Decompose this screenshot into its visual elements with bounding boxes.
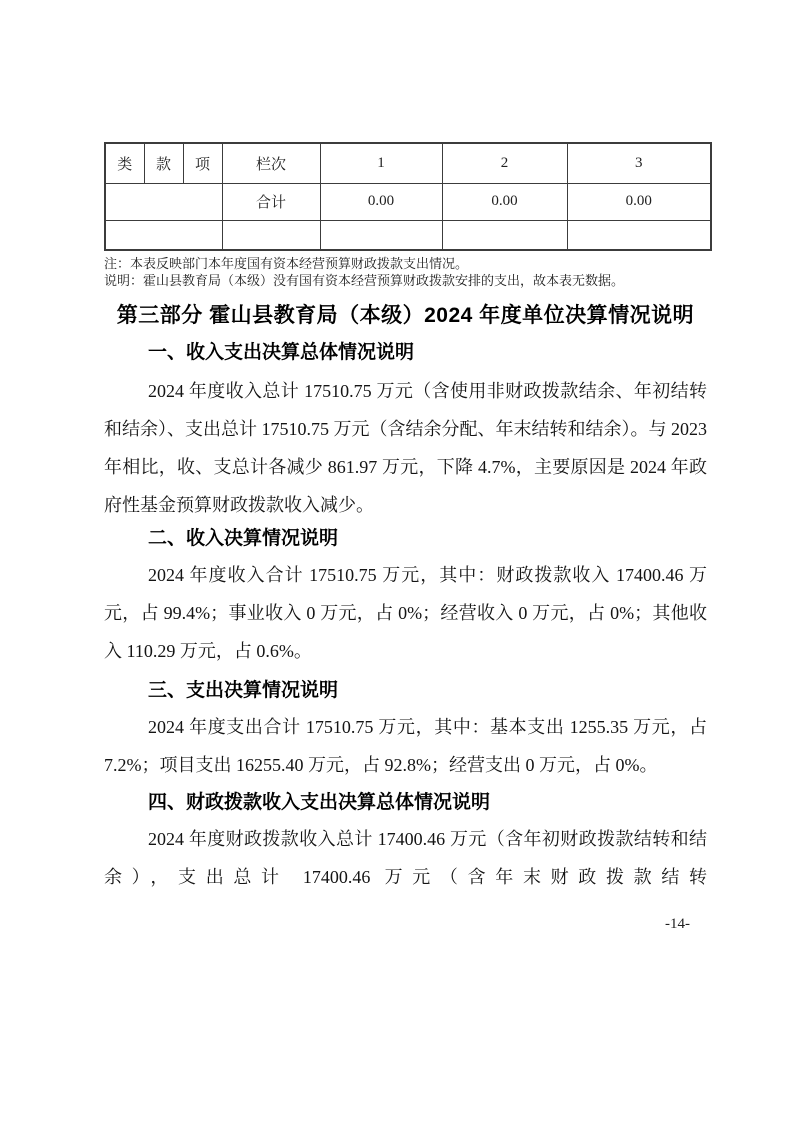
header-cell-3: 3 xyxy=(567,143,711,183)
section-3-paragraph: 2024 年度支出合计 17510.75 万元，其中：基本支出 1255.35 … xyxy=(104,708,707,784)
section-4-title: 四、财政拨款收入支出决算总体情况说明 xyxy=(104,790,707,815)
total-row-value-2: 0.00 xyxy=(442,183,567,220)
header-cell-2: 2 xyxy=(442,143,567,183)
table-explanation: 说明：霍山县教育局（本级）没有国有资本经营预算财政拨款安排的支出，故本表无数据。 xyxy=(104,273,707,290)
empty-row-label-cell xyxy=(222,220,320,250)
empty-row-value-3 xyxy=(567,220,711,250)
total-row-code-cell xyxy=(105,183,222,220)
empty-row-value-1 xyxy=(320,220,442,250)
table-row-total: 合计 0.00 0.00 0.00 xyxy=(105,183,711,220)
section-2-title: 二、收入决算情况说明 xyxy=(104,526,707,551)
empty-row-code-cell xyxy=(105,220,222,250)
header-cell-class: 类 xyxy=(105,143,144,183)
header-cell-section: 款 xyxy=(144,143,183,183)
table-notes: 注：本表反映部门本年度国有资本经营预算财政拨款支出情况。 说明：霍山县教育局（本… xyxy=(104,256,707,289)
total-row-value-1: 0.00 xyxy=(320,183,442,220)
state-capital-budget-table: 类 款 项 栏次 1 2 3 合计 0.00 0.00 0.00 xyxy=(104,142,712,251)
section-2-paragraph: 2024 年度收入合计 17510.75 万元，其中：财政拨款收入 17400.… xyxy=(104,556,707,670)
header-cell-1: 1 xyxy=(320,143,442,183)
table-row-empty xyxy=(105,220,711,250)
total-row-value-3: 0.00 xyxy=(567,183,711,220)
table-note: 注：本表反映部门本年度国有资本经营预算财政拨款支出情况。 xyxy=(104,256,707,273)
table-header-row: 类 款 项 栏次 1 2 3 xyxy=(105,143,711,183)
section-1-paragraph: 2024 年度收入总计 17510.75 万元（含使用非财政拨款结余、年初结转和… xyxy=(104,372,707,524)
section-4-paragraph: 2024 年度财政拨款收入总计 17400.46 万元（含年初财政拨款结转和结余… xyxy=(104,820,707,896)
header-cell-column: 栏次 xyxy=(222,143,320,183)
page-number: -14- xyxy=(104,916,707,933)
section-1-title: 一、收入支出决算总体情况说明 xyxy=(104,340,707,365)
section-3-title: 三、支出决算情况说明 xyxy=(104,678,707,703)
part-three-heading: 第三部分 霍山县教育局（本级）2024 年度单位决算情况说明 xyxy=(104,302,707,330)
header-cell-item: 项 xyxy=(183,143,222,183)
document-page: 类 款 项 栏次 1 2 3 合计 0.00 0.00 0.00 xyxy=(0,0,793,1122)
document-content: 类 款 项 栏次 1 2 3 合计 0.00 0.00 0.00 xyxy=(0,0,793,933)
total-row-label-cell: 合计 xyxy=(222,183,320,220)
empty-row-value-2 xyxy=(442,220,567,250)
